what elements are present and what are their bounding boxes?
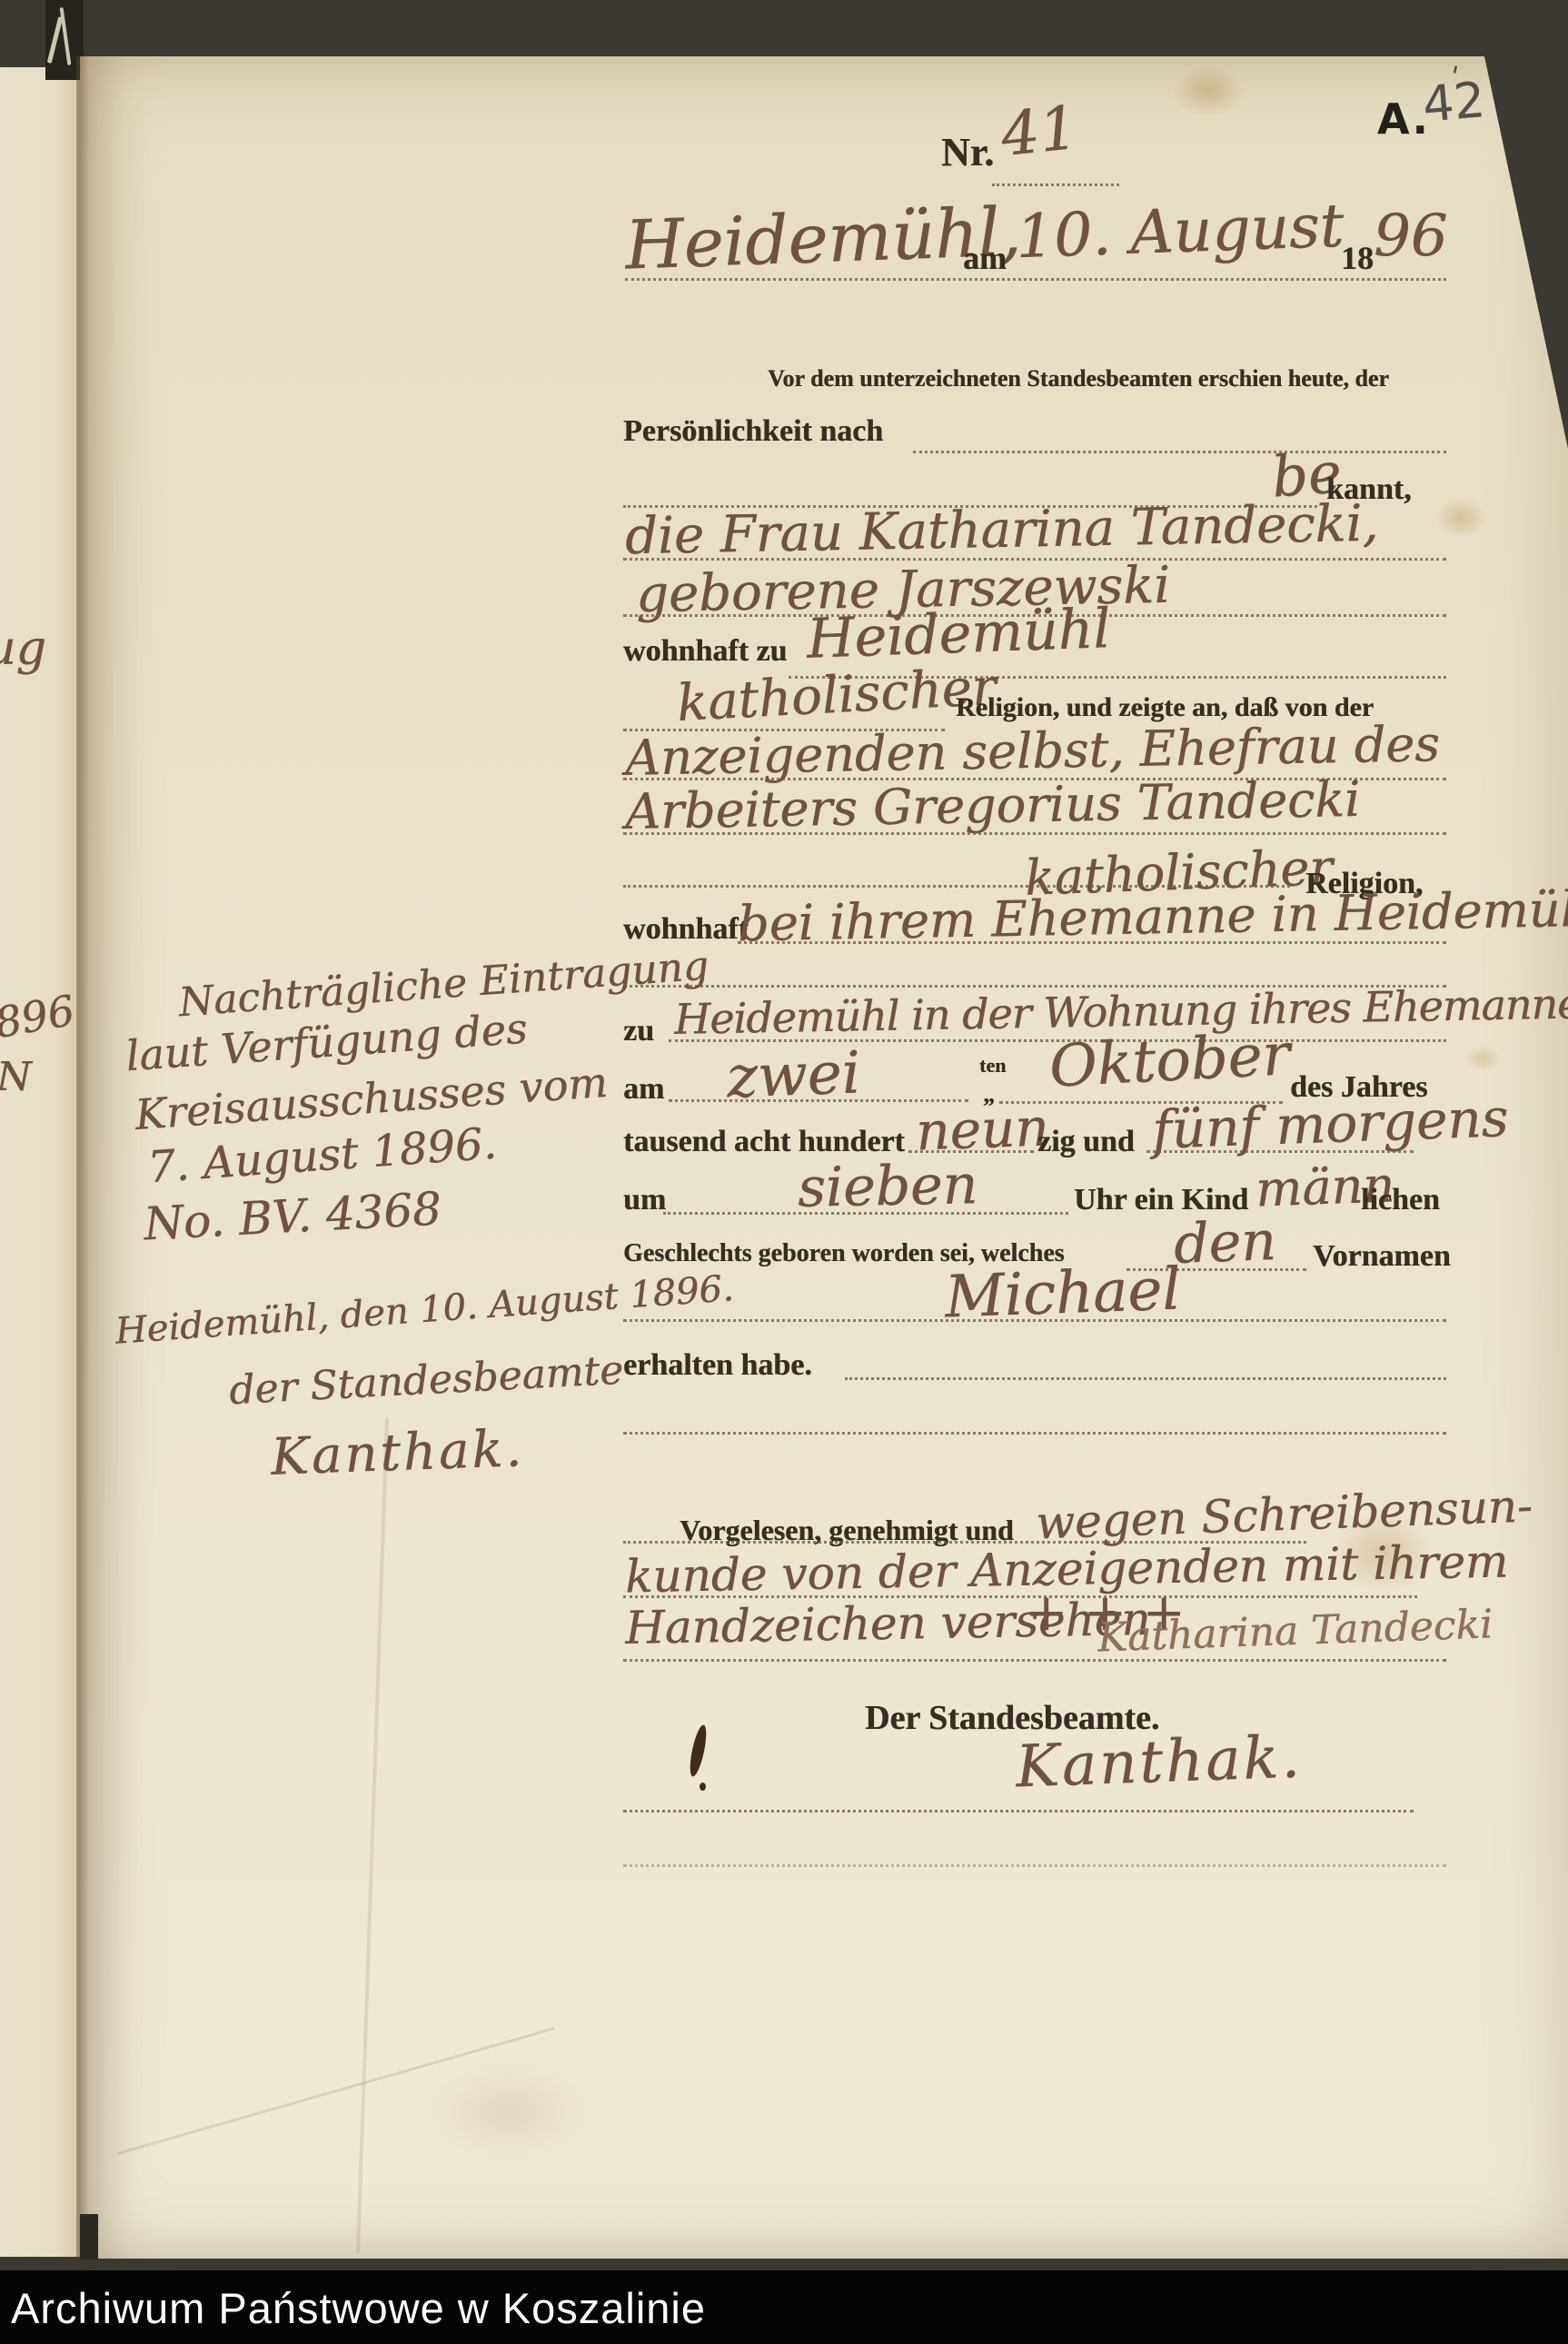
archive-watermark-bar: Archiwum Państwowe w Koszalinie [0,2270,1568,2344]
um-label: um [623,1185,666,1216]
zu-label: zu [623,1016,654,1047]
residence2-handwritten: bei ihrem Ehemanne in Heidemühl [738,885,1568,949]
pencil-page-number: 42 [1421,75,1487,130]
dotted-line [623,1432,1446,1435]
record-number-value: 41 [998,98,1080,165]
lichen-label: lichen [1361,1185,1440,1216]
dotted-line [623,1864,1446,1867]
edge-fragment: 896 [0,989,77,1045]
year-handwritten-suffix: 96 [1374,207,1447,265]
wohnhaft-zu-label: wohnhaft zu [623,636,787,667]
birth-month-handwritten: Oktober [1048,1026,1292,1097]
facing-page-edge [0,67,80,2257]
edge-fragment: N [0,1058,32,1098]
edge-fragment: ug [0,625,46,672]
intro-printed-text: Vor dem unterzeichneten Standesbeamten e… [768,367,1389,391]
dotted-line [623,1319,1446,1322]
residence-handwritten: Heidemühl [806,601,1111,667]
dotted-line [913,451,1446,453]
dotted-line [738,941,1446,944]
den-handwritten: den [1173,1214,1277,1272]
dotted-line [992,184,1119,186]
archive-name-label: Archiwum Państwowe w Koszalinie [11,2283,706,2333]
am-label: am [963,242,1007,274]
zig-und-label: zig und [1037,1127,1135,1157]
year-printed-prefix: 18 [1341,242,1374,274]
birth-day-handwritten: zwei [726,1044,861,1107]
ink-blot [700,1783,706,1791]
vornamen-label: Vornamen [1313,1241,1451,1272]
tausend-label: tausend acht hundert [623,1127,905,1157]
ten-suffix-label: ten [979,1056,1006,1076]
margin-signature: Kanthak. [270,1424,525,1484]
mother-line2-handwritten: Arbeiters Gregorius Tandecki [625,775,1361,837]
declarant-name-line: die Frau Katharina Tandecki, [625,499,1379,562]
dotted-line [623,1659,1446,1662]
document-scan: A. ' 42 Nr. 41 Heidemühl, am 10. August … [0,0,1568,2344]
am2-label: am [623,1074,664,1105]
binding-thread [47,16,63,64]
dotted-line [663,1212,1068,1215]
erhalten-habe-label: erhalten habe. [623,1350,812,1381]
gutter-notch [80,2214,98,2260]
official-signature: Kanthak. [1015,1729,1303,1797]
date-handwritten: 10. August [1015,196,1345,268]
dotted-line [625,278,1446,281]
dotted-line [1146,1150,1414,1153]
year-units-handwritten: fünf morgens [1151,1091,1509,1157]
dotted-line [845,1377,1446,1380]
wohnhaft-label: wohnhaft [623,914,749,945]
child-name-handwritten: Michael [944,1260,1182,1326]
dotted-line [623,832,1446,835]
gutter-crease [76,56,89,2259]
binding-thread [60,7,72,65]
dotted-line [623,1810,1414,1813]
persoenlichkeit-label: Persönlichkeit nach [623,416,883,447]
birth-hour-handwritten: sieben [797,1157,978,1215]
record-number-label: Nr. [941,133,994,173]
